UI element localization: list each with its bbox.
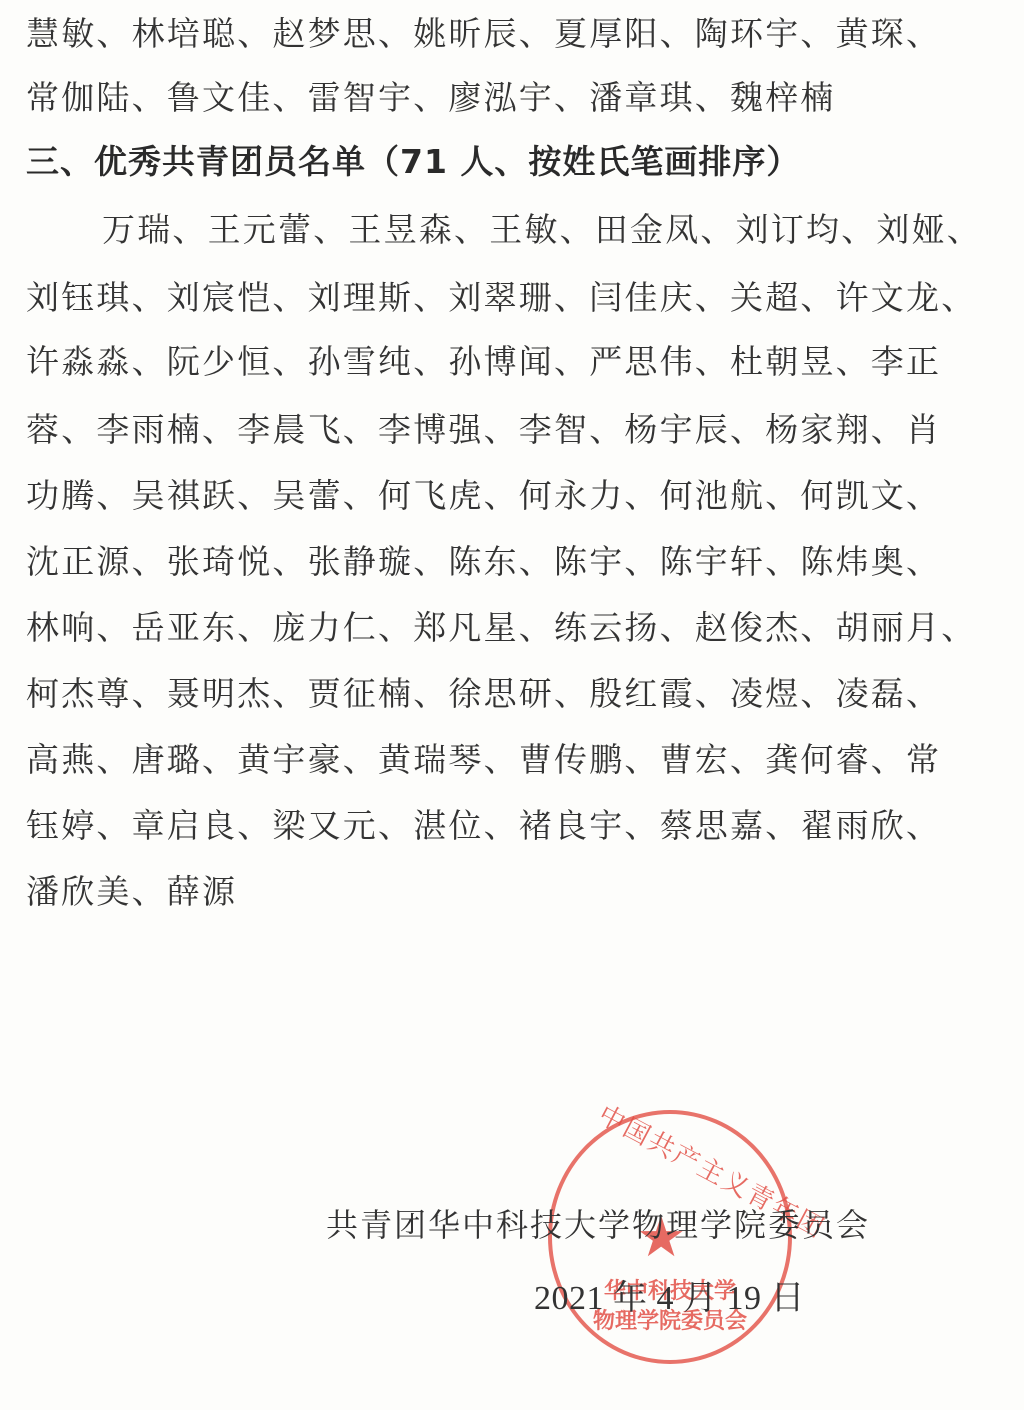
- name-list-line: 许淼淼、阮少恒、孙雪纯、孙博闻、严思伟、杜朝昱、李正: [26, 342, 941, 382]
- name-list-line: 功腾、吴祺跃、吴蕾、何飞虎、何永力、何池航、何凯文、: [26, 476, 941, 516]
- section-heading: 三、优秀共青团员名单（71 人、按姓氏笔画排序）: [26, 142, 800, 182]
- name-list-line: 柯杰尊、聂明杰、贾征楠、徐思研、殷红霞、凌煜、凌磊、: [26, 674, 941, 714]
- name-list-line: 高燕、唐璐、黄宇豪、黄瑞琴、曹传鹏、曹宏、龚何睿、常: [26, 740, 941, 780]
- name-list-line: 蓉、李雨楠、李晨飞、李博强、李智、杨宇辰、杨家翔、肖: [26, 410, 941, 450]
- name-list-line: 刘钰琪、刘宸恺、刘理斯、刘翠珊、闫佳庆、关超、许文龙、: [26, 278, 976, 318]
- name-list-line: 沈正源、张琦悦、张静璇、陈东、陈宇、陈宇轩、陈炜奥、: [26, 542, 941, 582]
- name-list-line: 林响、岳亚东、庞力仁、郑凡星、练云扬、赵俊杰、胡丽月、: [26, 608, 976, 648]
- seal-top-text: 中国共产主义青年团: [593, 1095, 752, 1203]
- name-list-line: 万瑞、王元蕾、王昱森、王敏、田金凤、刘订均、刘娅、: [102, 210, 982, 250]
- signature-date: 2021 年 4 月 19 日: [534, 1270, 805, 1319]
- name-list-line: 钰婷、章启良、梁又元、湛位、褚良宇、蔡思嘉、翟雨欣、: [26, 806, 941, 846]
- name-list-line: 潘欣美、薛源: [26, 872, 237, 912]
- name-list-line: 常伽陆、鲁文佳、雷智宇、廖泓宇、潘章琪、魏梓楠: [26, 78, 836, 118]
- signature-organization: 共青团华中科技大学物理学院委员会: [326, 1200, 870, 1246]
- name-list-line: 慧敏、林培聪、赵梦思、姚昕辰、夏厚阳、陶环宇、黄琛、: [26, 14, 941, 54]
